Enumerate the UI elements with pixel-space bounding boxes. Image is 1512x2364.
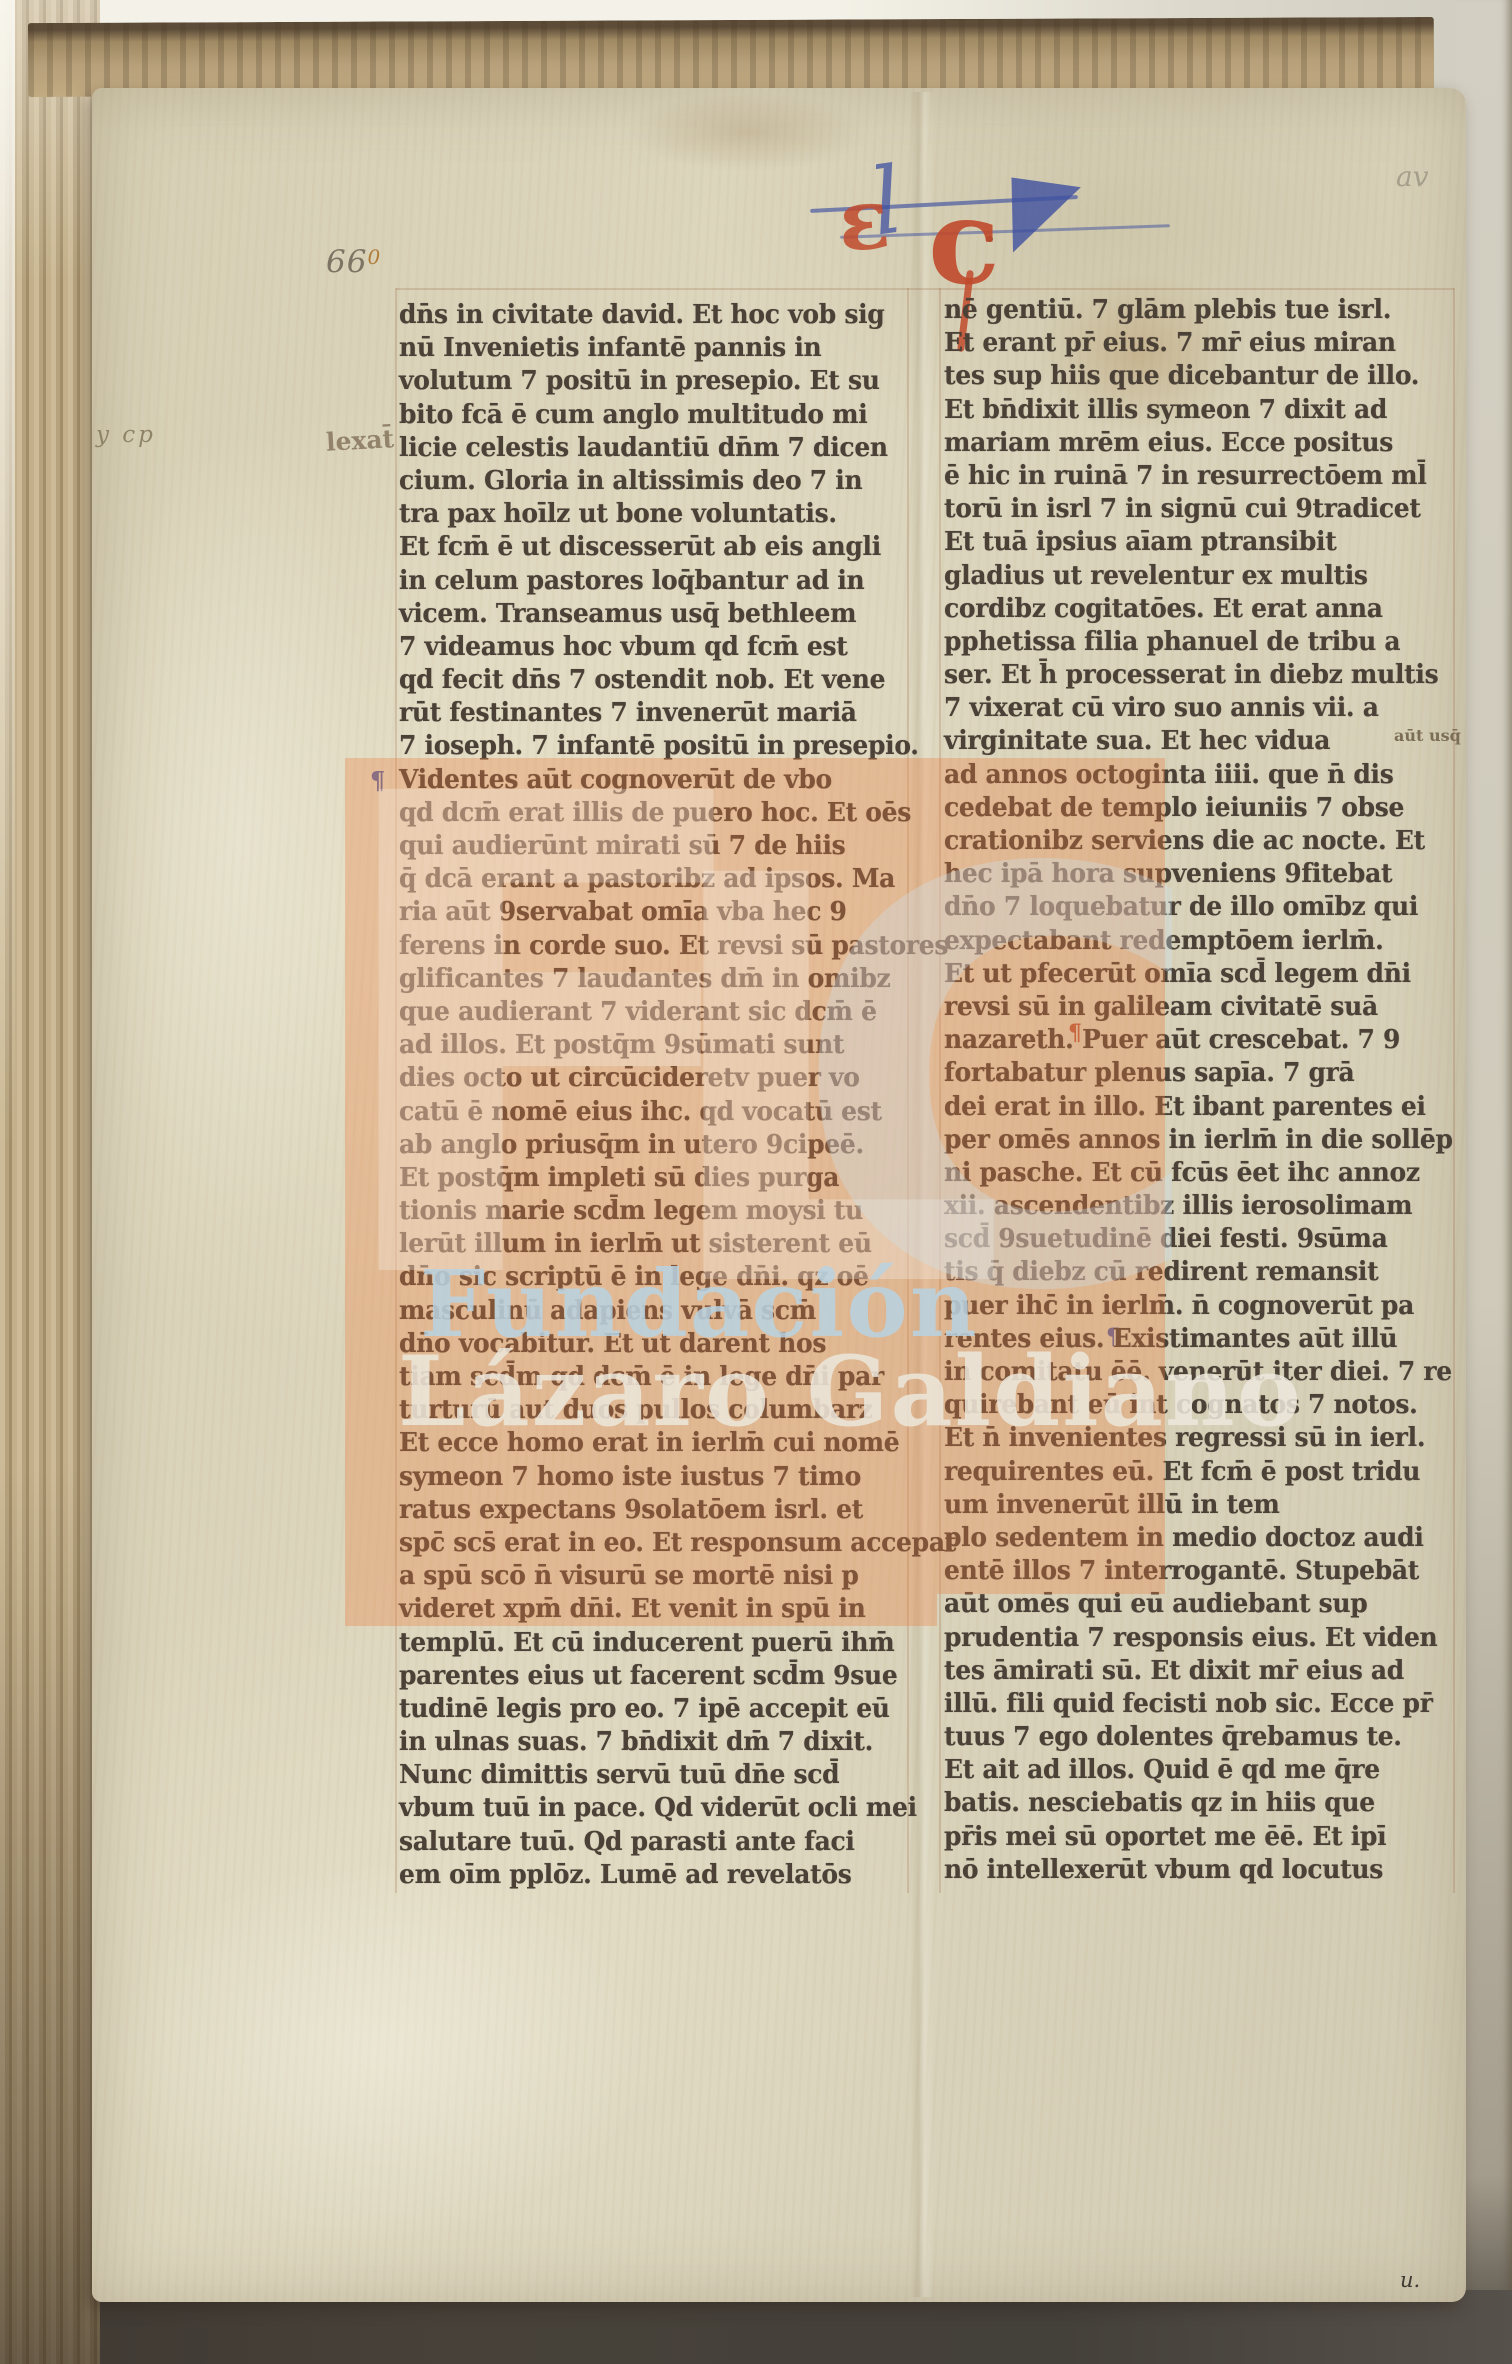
ruling-line <box>1453 288 1455 1893</box>
manuscript-text-line: scd̄ 9suetudinē diei festi. 9sūma <box>944 1221 1453 1256</box>
manuscript-text-line: vbum tuū in pace. Qd viderūt ocli mei <box>399 1790 956 1825</box>
manuscript-text-line: tes sup hiis que dicebantur de illo. <box>944 358 1453 393</box>
manuscript-text-line: ferens in corde suo. Et revsi sū pastore… <box>399 928 956 963</box>
manuscript-text-line: rentes eius. Existimantes aūt illū <box>944 1321 1453 1356</box>
manuscript-text-line: qd dcm̄ erat illis de puero hoc. Et oēs <box>399 795 956 830</box>
manuscript-text-line: Et bn̄dixit illis symeon 7 dixit ad <box>944 392 1453 427</box>
manuscript-text-line: requirentes eū. Et fcm̄ ē post tridu <box>944 1454 1453 1489</box>
manuscript-text-line: crationibz serviens die ac nocte. Et <box>944 823 1453 858</box>
manuscript-text-line: 7 vixerat cū viro suo annis vii. a <box>944 690 1453 725</box>
manuscript-text-line: prudentia 7 responsis eius. Et viden <box>944 1620 1453 1655</box>
manuscript-text-line: gladius ut revelentur ex multis <box>944 558 1453 593</box>
manuscript-text-line: um invenerūt illū in tem <box>944 1487 1453 1522</box>
manuscript-text-line: em oīm pplōz. Lumē ad revelatōs <box>399 1857 956 1892</box>
manuscript-text-line: qui audierūnt mirati sū 7 de hiis <box>399 828 956 863</box>
manuscript-text-line: aūt omēs qui eū audiebant sup <box>944 1586 1453 1621</box>
manuscript-text-line: cordibz cogitatōes. Et erat anna <box>944 591 1453 626</box>
manuscript-text-line: 7 videamus hoc vbum qd fcm̄ est <box>399 629 956 664</box>
manuscript-text-line: spc̄ scs̄ erat in eo. Et responsum accep… <box>399 1525 956 1560</box>
manuscript-text-line: cedebat de templo ieiuniis 7 obse <box>944 790 1453 825</box>
manuscript-text-line: hec ipā hora supveniens 9fitebat <box>944 856 1453 891</box>
corner-mark-top-right: av <box>1396 160 1429 193</box>
manuscript-text-line: ad illos. Et postq̄m 9sūmati sunt <box>399 1027 956 1062</box>
manuscript-text-line: videret xpm̄ dn̄i. Et venit in spū in <box>399 1591 956 1626</box>
manuscript-text-line: nū Invenietis infantē pannis in <box>399 330 956 365</box>
manuscript-text-line: qd fecit dn̄s 7 ostendit nob. Et vene <box>399 662 956 697</box>
manuscript-text-line: volutum 7 positū in presepio. Et su <box>399 363 956 398</box>
manuscript-text-line: virginitate sua. Et hec vidua <box>944 723 1453 758</box>
book-page-stack-top <box>28 17 1434 97</box>
manuscript-text-line: batis. nesciebatis qz in hiis que <box>944 1785 1453 1820</box>
manuscript-text-line: Et ut pfecerūt omīa scd̄ legem dn̄i <box>944 956 1453 991</box>
manuscript-text-line: pphetissa filia phanuel de tribu a <box>944 624 1453 659</box>
manuscript-text-line: in comitatu ēē. venerūt iter diei. 7 re <box>944 1354 1453 1389</box>
manuscript-text-line: bito fcā ē cum anglo multitudo mi <box>399 397 956 432</box>
manuscript-text-line: tra pax hoīlz ut bone voluntatis. <box>399 496 956 531</box>
manuscript-text-line: turturū aut duos pullos columbarz <box>399 1392 956 1427</box>
manuscript-text-line: masculinū adapiens vulvā scm̄ <box>399 1293 956 1328</box>
manuscript-text-line: in celum pastores loq̄bantur ad in <box>399 563 956 598</box>
text-column-left: dn̄s in civitate david. Et hoc vob signū… <box>399 297 956 1890</box>
manuscript-text-line: pr̄is mei sū oportet me ēē. Et ipī <box>944 1819 1453 1854</box>
manuscript-text-line: Et ait ad illos. Quid ē qd me q̄re <box>944 1752 1453 1787</box>
manuscript-text-line: nō intellexerūt vbum qd locutus <box>944 1852 1453 1887</box>
manuscript-text-line: que audierant 7 viderant sic dcm̄ ē <box>399 994 956 1029</box>
manuscript-text-line: ē hic in ruinā 7 in resurrectōem ml̄ <box>944 458 1453 493</box>
manuscript-text-line: a spū scō n̄ visurū se mortē nisi p <box>399 1558 956 1593</box>
manuscript-text-line: xii. ascendentibz illis ierosolimam <box>944 1188 1453 1223</box>
manuscript-text-line: Nunc dimittis servū tuū dn̄e scd̄ <box>399 1757 956 1792</box>
manuscript-text-line: dies octo ut circūcideretv puer vo <box>399 1060 956 1095</box>
folio-number: 660 <box>326 244 381 280</box>
manuscript-text-line: glificantes 7 laudantes dm̄ in omibz <box>399 961 956 996</box>
manuscript-text-line: tes āmirati sū. Et dixit mr̄ eius ad <box>944 1653 1453 1688</box>
manuscript-text-line: dn̄o sic scriptū ē in lege dn̄i. qz oē <box>399 1259 956 1294</box>
book-page-stack-left <box>0 0 100 2364</box>
manuscript-text-line: Et tuā ipsius aīam ptransibit <box>944 524 1453 559</box>
manuscript-text-line: ni pasche. Et cū fcūs ēet ihc annoz <box>944 1155 1453 1190</box>
manuscript-text-line: tudinē legis pro eo. 7 ipē accepit eū <box>399 1691 956 1726</box>
running-title-red-flourish: ε <box>834 168 894 271</box>
manuscript-text-line: templū. Et cū inducerent puerū ihm̄ <box>399 1625 956 1660</box>
manuscript-text-line: 7 ioseph. 7 infantē positū in presepio. <box>399 728 956 763</box>
manuscript-text-line: catū ē nomē eius ihc. qd vocatū est <box>399 1094 956 1129</box>
manuscript-text-line: ab anglo priusq̄m in utero 9cipeē. <box>399 1127 956 1162</box>
folio-number-main: 66 <box>326 244 367 280</box>
manuscript-text-line: ad annos octoginta iiii. que n̄ dis <box>944 757 1453 792</box>
margin-note-left: y cp <box>96 422 156 448</box>
manuscript-text-line: fortabatur plenus sapīa. 7 grā <box>944 1055 1453 1090</box>
manuscript-text-line: ria aūt 9servabat omīa vba hec 9 <box>399 894 956 929</box>
manuscript-text-line: tis q̄ diebz cū redirent remansit <box>944 1254 1453 1289</box>
manuscript-text-line: ser. Et h̄ processerat in diebz multis <box>944 657 1453 692</box>
manuscript-text-line: dn̄o 7 loquebatur de illo omībz qui <box>944 889 1453 924</box>
manuscript-text-line: Et ecce homo erat in ierlm̄ cui nomē <box>399 1425 956 1460</box>
manuscript-text-line: rūt festinantes 7 invenerūt mariā <box>399 695 956 730</box>
manuscript-text-line: ratus expectans 9solatōem isrl. et <box>399 1492 956 1527</box>
manuscript-text-line: Et n̄ invenientes regressi sū in ierl. <box>944 1420 1453 1455</box>
manuscript-text-line: Et fcm̄ ē ut discesserūt ab eis angli <box>399 529 956 564</box>
manuscript-text-line: quirebant eū int cognatos 7 notos. <box>944 1387 1453 1422</box>
paraph-mark-blue: ¶ <box>370 766 385 795</box>
manuscript-text-line: symeon 7 homo iste iustus 7 timo <box>399 1459 956 1494</box>
manuscript-text-line: dn̄s in civitate david. Et hoc vob sig <box>399 297 956 332</box>
folio-number-superscript: 0 <box>367 245 381 269</box>
book-edge-highlight <box>0 0 15 1150</box>
manuscript-text-line: nē gentiū. 7 glām plebis tue isrl. <box>944 292 1453 327</box>
manuscript-text-line: Videntes aūt cognoverūt de vbo <box>399 762 956 797</box>
manuscript-text-line: Et erant pr̄ eius. 7 mr̄ eius miran <box>944 325 1453 360</box>
manuscript-text-line: expectabant redemptōem ierlm̄. <box>944 923 1453 958</box>
manuscript-text-line: dei erat in illo. Et ibant parentes ei <box>944 1089 1453 1124</box>
manuscript-text-line: mariam mrēm eius. Ecce positus <box>944 425 1453 460</box>
manuscript-text-line: q̄ dcā erant a pastoribz ad ipsos. Ma <box>399 861 956 896</box>
manuscript-text-line: per omēs annos in ierlm̄ in die sollēp <box>944 1122 1453 1157</box>
manuscript-text-line: plo sedentem in medio doctoz audi <box>944 1520 1453 1555</box>
manuscript-text-line: revsi sū in galileam civitatē suā <box>944 989 1453 1024</box>
manuscript-text-line: vicem. Transeamus usq̄ bethleem <box>399 596 956 631</box>
manuscript-text-line: cium. Gloria in altissimis deo 7 in <box>399 463 956 498</box>
manuscript-text-line: tiam scd̄m qd dcm̄ ē in lege dn̄i par <box>399 1359 956 1394</box>
margin-note-gloss: lexat̄ <box>325 424 394 457</box>
manuscript-text-line: in ulnas suas. 7 bn̄dixit dm̄ 7 dixit. <box>399 1724 956 1759</box>
manuscript-text-line: entē illos 7 interrogantē. Stupebāt <box>944 1553 1453 1588</box>
ruling-line <box>395 288 397 1893</box>
manuscript-text-line: dn̄o vocabitur. Et ut darent hos <box>399 1326 956 1361</box>
running-title-blue-lozenge <box>1001 177 1081 260</box>
manuscript-text-line: tionis marie scd̄m legem moysi tu <box>399 1193 956 1228</box>
manuscript-text-line: nazareth. Puer aūt crescebat. 7 9 <box>944 1022 1453 1057</box>
manuscript-text-line: torū in isrl 7 in signū cui 9tradicet <box>944 491 1453 526</box>
manuscript-text-line: illū. fili quid fecisti nob sic. Ecce pr… <box>944 1686 1453 1721</box>
corner-mark-bottom-right: u. <box>1400 2268 1420 2292</box>
manuscript-text-line: Et postq̄m impleti sū dies purga <box>399 1160 956 1195</box>
manuscript-text-line: parentes eius ut facerent scd̄m 9sue <box>399 1658 956 1693</box>
text-column-right: nē gentiū. 7 glām plebis tue isrl.Et era… <box>944 292 1453 1885</box>
manuscript-text-line: lerūt illum in ierlm̄ ut sisterent eū <box>399 1226 956 1261</box>
manuscript-text-line: salutare tuū. Qd parasti ante faci <box>399 1824 956 1859</box>
manuscript-text-line: puer ihc̄ in ierlm̄. n̄ cognoverūt pa <box>944 1288 1453 1323</box>
manuscript-text-line: tuus 7 ego dolentes q̄rebamus te. <box>944 1719 1453 1754</box>
manuscript-text-line: licie celestis laudantiū dn̄m 7 dicen <box>399 430 956 465</box>
